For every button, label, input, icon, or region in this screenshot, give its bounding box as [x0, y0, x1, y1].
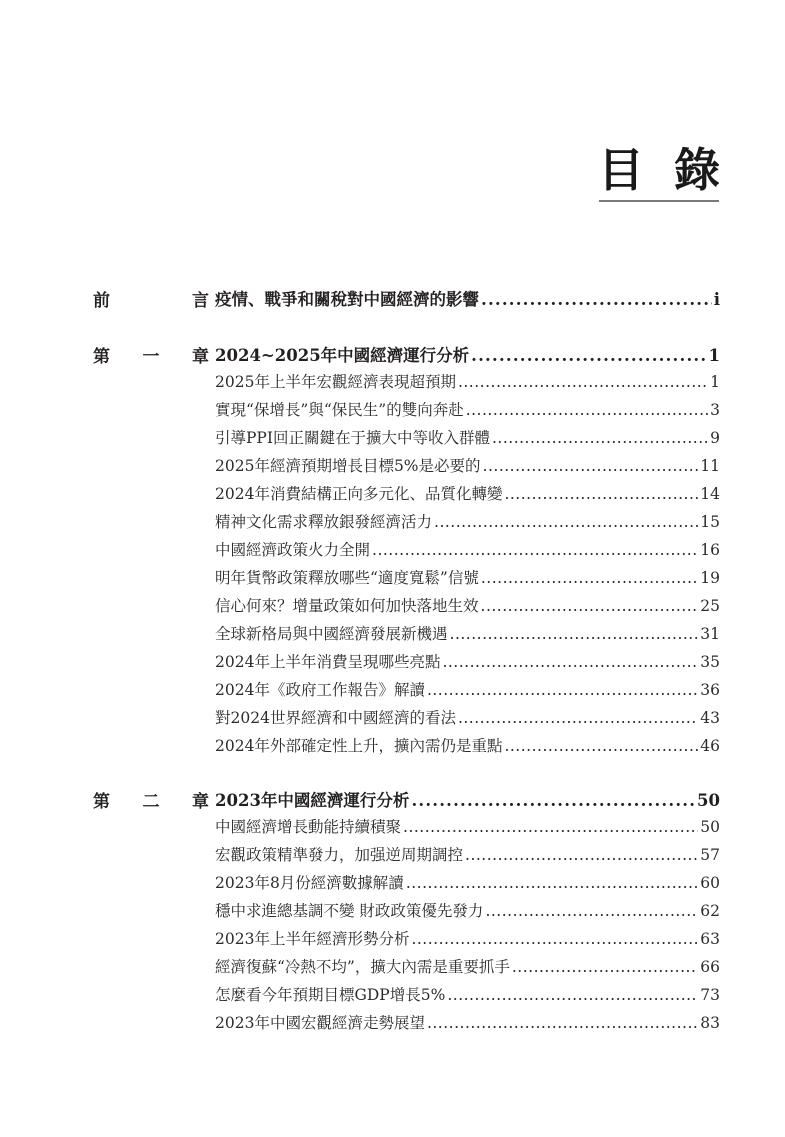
toc-entry-section[interactable]: 對2024世界經濟和中國經濟的看法43 — [0, 706, 785, 730]
entry-line: 2024年上半年消費呈現哪些亮點35 — [215, 650, 720, 674]
page-number: 60 — [700, 874, 720, 892]
leader-dots — [450, 625, 699, 643]
label-char: 言 — [192, 286, 209, 311]
entry-title: 對2024世界經濟和中國經濟的看法 — [215, 706, 456, 728]
entry-line: 2024~2025年中國經濟運行分析 1 — [215, 342, 720, 366]
toc-entry-section[interactable]: 中國經濟政策火力全開16 — [0, 538, 785, 562]
leader-dots — [458, 709, 698, 727]
toc-entry-section[interactable]: 2024年消費結構正向多元化、品質化轉變14 — [0, 482, 785, 506]
toc-entry-section[interactable]: 2023年中國宏觀經濟走勢展望83 — [0, 1011, 785, 1035]
entry-title: 疫情、戰爭和關稅對中國經濟的影響 — [215, 286, 479, 310]
entry-line: 2025年上半年宏觀經濟表現超預期1 — [215, 370, 720, 394]
page-number: 35 — [700, 653, 720, 671]
page-number: 62 — [700, 902, 720, 920]
leader-dots — [447, 986, 698, 1004]
leader-dots — [427, 681, 698, 699]
page-number: 36 — [700, 681, 720, 699]
entry-title: 實現“保增長”與“保民生”的雙向奔赴 — [215, 398, 464, 420]
entry-line: 2025年經濟預期增長目標5%是必要的11 — [215, 454, 720, 478]
entry-title: 信心何來？增量政策如何加快落地生效 — [215, 594, 479, 616]
label-char: 二 — [143, 787, 160, 812]
entry-line: 疫情、戰爭和關稅對中國經濟的影響 i — [215, 286, 720, 310]
entry-label: 第 一 章 — [93, 342, 209, 366]
page-number: 14 — [700, 485, 720, 503]
page-number: 16 — [700, 541, 720, 559]
page-number: 63 — [700, 930, 720, 948]
toc-entry-chapter-2[interactable]: 第 二 章 2023年中國經濟運行分析 50 — [0, 787, 785, 811]
entry-line: 2024年消費結構正向多元化、品質化轉變14 — [215, 482, 720, 506]
toc-entry-section[interactable]: 2024年上半年消費呈現哪些亮點35 — [0, 650, 785, 674]
label-char: 一 — [143, 342, 160, 367]
title-underline — [599, 200, 719, 202]
leader-dots — [504, 737, 698, 755]
toc-entry-section[interactable]: 精神文化需求釋放銀發經濟活力15 — [0, 510, 785, 534]
page-number: 1 — [709, 346, 720, 365]
leader-dots — [481, 597, 699, 615]
toc-entry-chapter-1[interactable]: 第 一 章 2024~2025年中國經濟運行分析 1 — [0, 342, 785, 366]
entry-line: 怎麼看今年預期目標GDP增長5%73 — [215, 983, 720, 1007]
page-number: 31 — [700, 625, 720, 643]
entry-title: 2025年上半年宏觀經濟表現超預期 — [215, 370, 456, 392]
toc-entry-section[interactable]: 經濟復蘇“冷熱不均”，擴大內需是重要抓手66 — [0, 955, 785, 979]
leader-dots — [512, 958, 698, 976]
toc-entry-section[interactable]: 2023年上半年經濟形勢分析63 — [0, 927, 785, 951]
entry-title: 2024年《政府工作報告》解讀 — [215, 678, 425, 700]
page-number: 57 — [700, 846, 720, 864]
entry-line: 2023年中國宏觀經濟走勢展望83 — [215, 1011, 720, 1035]
toc-entry-section[interactable]: 宏觀政策精準發力，加强逆周期調控57 — [0, 843, 785, 867]
toc-entry-section[interactable]: 穩中求進總基調不變 財政政策優先發力62 — [0, 899, 785, 923]
page-number: 83 — [700, 1014, 720, 1032]
entry-line: 實現“保增長”與“保民生”的雙向奔赴3 — [215, 398, 720, 422]
entry-title: 2023年中國宏觀經濟走勢展望 — [215, 1011, 425, 1033]
title-char-1: 目 — [598, 134, 644, 200]
label-char: 前 — [93, 286, 110, 311]
entry-title: 經濟復蘇“冷熱不均”，擴大內需是重要抓手 — [215, 955, 510, 977]
label-char: 第 — [93, 787, 110, 812]
page-number: 66 — [700, 958, 720, 976]
entry-title: 中國經濟政策火力全開 — [215, 538, 370, 560]
entry-line: 2024年外部確定性上升，擴內需仍是重點46 — [215, 734, 720, 758]
toc-entry-section[interactable]: 2025年上半年宏觀經濟表現超預期1 — [0, 370, 785, 394]
entry-line: 2023年上半年經濟形勢分析63 — [215, 927, 720, 951]
entry-title: 2023年上半年經濟形勢分析 — [215, 927, 409, 949]
toc-entry-section[interactable]: 中國經濟增長動能持續積聚50 — [0, 815, 785, 839]
leader-dots — [485, 902, 698, 920]
page-number: 46 — [700, 737, 720, 755]
entry-line: 經濟復蘇“冷熱不均”，擴大內需是重要抓手66 — [215, 955, 720, 979]
leader-dots — [481, 290, 712, 309]
page-number: i — [714, 290, 720, 309]
toc-entry-section[interactable]: 2025年經濟預期增長目標5%是必要的11 — [0, 454, 785, 478]
leader-dots — [406, 874, 698, 892]
entry-title: 中國經濟增長動能持續積聚 — [215, 815, 401, 837]
page-number: 1 — [710, 373, 720, 391]
leader-dots — [483, 457, 699, 475]
page-title: 目 錄 — [598, 140, 720, 194]
leader-dots — [504, 485, 698, 503]
page-number: 25 — [700, 597, 720, 615]
page-number: 50 — [700, 818, 720, 836]
entry-line: 中國經濟增長動能持續積聚50 — [215, 815, 720, 839]
leader-dots — [427, 1014, 698, 1032]
leader-dots — [481, 569, 698, 587]
leader-dots — [442, 653, 698, 671]
page-number: 73 — [700, 986, 720, 1004]
entry-line: 宏觀政策精準發力，加强逆周期調控57 — [215, 843, 720, 867]
toc-entry-section[interactable]: 引導PPI回正關鍵在于擴大中等收入群體9 — [0, 426, 785, 450]
toc-entry-preface[interactable]: 前 言 疫情、戰爭和關稅對中國經濟的影響 i — [0, 286, 785, 310]
entry-line: 明年貨幣政策釋放哪些“適度寬鬆”信號19 — [215, 566, 720, 590]
entry-label: 前 言 — [93, 286, 209, 310]
entry-title: 全球新格局與中國經濟發展新機遇 — [215, 622, 448, 644]
entry-title: 精神文化需求釋放銀發經濟活力 — [215, 510, 432, 532]
label-char: 第 — [93, 342, 110, 367]
page-number: 9 — [710, 429, 720, 447]
page-number: 15 — [700, 513, 720, 531]
entry-title: 2024年消費結構正向多元化、品質化轉變 — [215, 482, 502, 504]
toc-entry-section[interactable]: 怎麼看今年預期目標GDP增長5%73 — [0, 983, 785, 1007]
entry-line: 2023年中國經濟運行分析 50 — [215, 787, 720, 811]
entry-title: 2024年上半年消費呈現哪些亮點 — [215, 650, 440, 672]
entry-title: 2025年經濟預期增長目標5%是必要的 — [215, 454, 481, 476]
title-char-2: 錄 — [674, 134, 720, 200]
leader-dots — [372, 541, 698, 559]
leader-dots — [411, 791, 695, 810]
entry-title: 宏觀政策精準發力，加强逆周期調控 — [215, 843, 463, 865]
leader-dots — [492, 429, 708, 447]
entry-title: 2024~2025年中國經濟運行分析 — [215, 342, 469, 366]
entry-line: 引導PPI回正關鍵在于擴大中等收入群體9 — [215, 426, 720, 450]
entry-title: 怎麼看今年預期目標GDP增長5% — [215, 983, 445, 1005]
entry-title: 明年貨幣政策釋放哪些“適度寬鬆”信號 — [215, 566, 479, 588]
leader-dots — [434, 513, 698, 531]
entry-title: 引導PPI回正關鍵在于擴大中等收入群體 — [215, 426, 490, 448]
leader-dots — [458, 373, 708, 391]
entry-line: 信心何來？增量政策如何加快落地生效25 — [215, 594, 720, 618]
page-number: 11 — [700, 457, 720, 475]
toc-entry-section[interactable]: 2024年《政府工作報告》解讀36 — [0, 678, 785, 702]
label-char: 章 — [192, 342, 209, 367]
entry-label: 第 二 章 — [93, 787, 209, 811]
entry-title: 穩中求進總基調不變 財政政策優先發力 — [215, 899, 483, 921]
leader-dots — [471, 346, 706, 365]
toc-entry-section[interactable]: 信心何來？增量政策如何加快落地生效25 — [0, 594, 785, 618]
leader-dots — [403, 818, 698, 836]
leader-dots — [411, 930, 698, 948]
entry-line: 精神文化需求釋放銀發經濟活力15 — [215, 510, 720, 534]
toc-entry-section[interactable]: 實現“保增長”與“保民生”的雙向奔赴3 — [0, 398, 785, 422]
page-number: 50 — [697, 791, 720, 810]
page-number: 43 — [700, 709, 720, 727]
page-number: 3 — [710, 401, 720, 419]
entry-line: 2023年8月份經濟數據解讀60 — [215, 871, 720, 895]
entry-line: 穩中求進總基調不變 財政政策優先發力62 — [215, 899, 720, 923]
entry-line: 2024年《政府工作報告》解讀36 — [215, 678, 720, 702]
entry-line: 中國經濟政策火力全開16 — [215, 538, 720, 562]
toc-entry-section[interactable]: 全球新格局與中國經濟發展新機遇31 — [0, 622, 785, 646]
page-number: 19 — [700, 569, 720, 587]
entry-title: 2023年中國經濟運行分析 — [215, 787, 409, 811]
toc-entry-section[interactable]: 2023年8月份經濟數據解讀60 — [0, 871, 785, 895]
label-char: 章 — [192, 787, 209, 812]
entry-title: 2024年外部確定性上升，擴內需仍是重點 — [215, 734, 502, 756]
leader-dots — [466, 401, 708, 419]
toc-entry-section[interactable]: 2024年外部確定性上升，擴內需仍是重點46 — [0, 734, 785, 758]
toc-entry-section[interactable]: 明年貨幣政策釋放哪些“適度寬鬆”信號19 — [0, 566, 785, 590]
entry-line: 對2024世界經濟和中國經濟的看法43 — [215, 706, 720, 730]
leader-dots — [465, 846, 698, 864]
entry-line: 全球新格局與中國經濟發展新機遇31 — [215, 622, 720, 646]
entry-title: 2023年8月份經濟數據解讀 — [215, 871, 404, 893]
